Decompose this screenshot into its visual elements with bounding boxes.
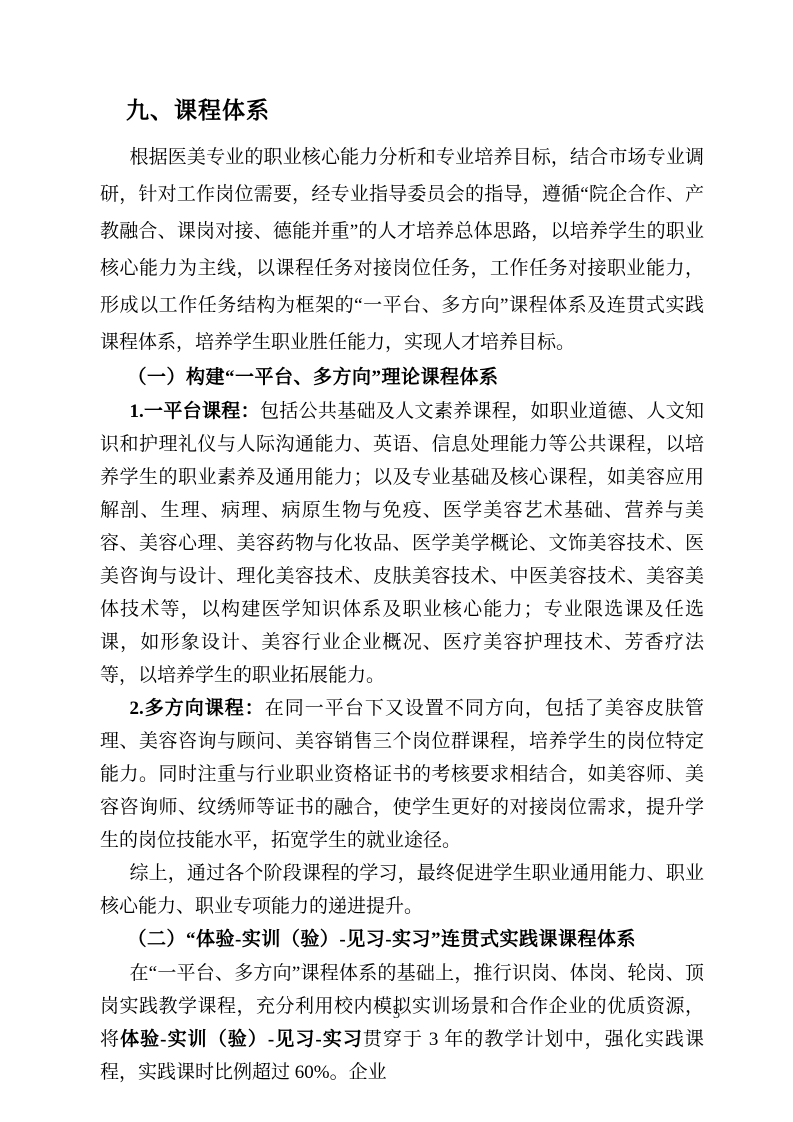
page-number: 5 (0, 1006, 793, 1023)
section-heading-one: （一）构建“一平台、多方向”理论课程体系 (100, 361, 704, 395)
platform-course-lead: 1.一平台课程： (129, 401, 260, 422)
multi-direction-lead: 2.多方向课程： (129, 698, 264, 719)
practice-course-paragraph: 在“一平台、多方向”课程体系的基础上，推行识岗、体岗、轮岗、顶岗实践教学课程，充… (100, 957, 704, 1089)
multi-direction-text: 在同一平台下又设置不同方向，包括了美容皮肤管理、美容咨询与顾问、美容销售三个岗位… (100, 698, 704, 851)
platform-course-text: 包括公共基础及人文素养课程，如职业道德、人文知识和护理礼仪与人际沟通能力、英语、… (100, 401, 704, 686)
platform-course-paragraph: 1.一平台课程：包括公共基础及人文素养课程，如职业道德、人文知识和护理礼仪与人际… (100, 395, 704, 692)
section-heading-two: （二）“体验-实训（验）-见习-实习”连贯式实践课课程体系 (100, 923, 704, 957)
summary-paragraph: 综上，通过各个阶段课程的学习，最终促进学生职业通用能力、职业核心能力、职业专项能… (100, 857, 704, 923)
document-page: 九、课程体系 根据医美专业的职业核心能力分析和专业培养目标，结合市场专业调研，针… (0, 0, 793, 1122)
page-title: 九、课程体系 (126, 96, 704, 126)
intro-paragraph: 根据医美专业的职业核心能力分析和专业培养目标，结合市场专业调研，针对工作岗位需要… (100, 139, 704, 361)
multi-direction-paragraph: 2.多方向课程：在同一平台下又设置不同方向，包括了美容皮肤管理、美容咨询与顾问、… (100, 692, 704, 857)
document-content: 九、课程体系 根据医美专业的职业核心能力分析和专业培养目标，结合市场专业调研，针… (100, 96, 704, 1089)
practice-course-text-bold: 体验-实训（验）-见习-实习 (120, 1029, 363, 1050)
